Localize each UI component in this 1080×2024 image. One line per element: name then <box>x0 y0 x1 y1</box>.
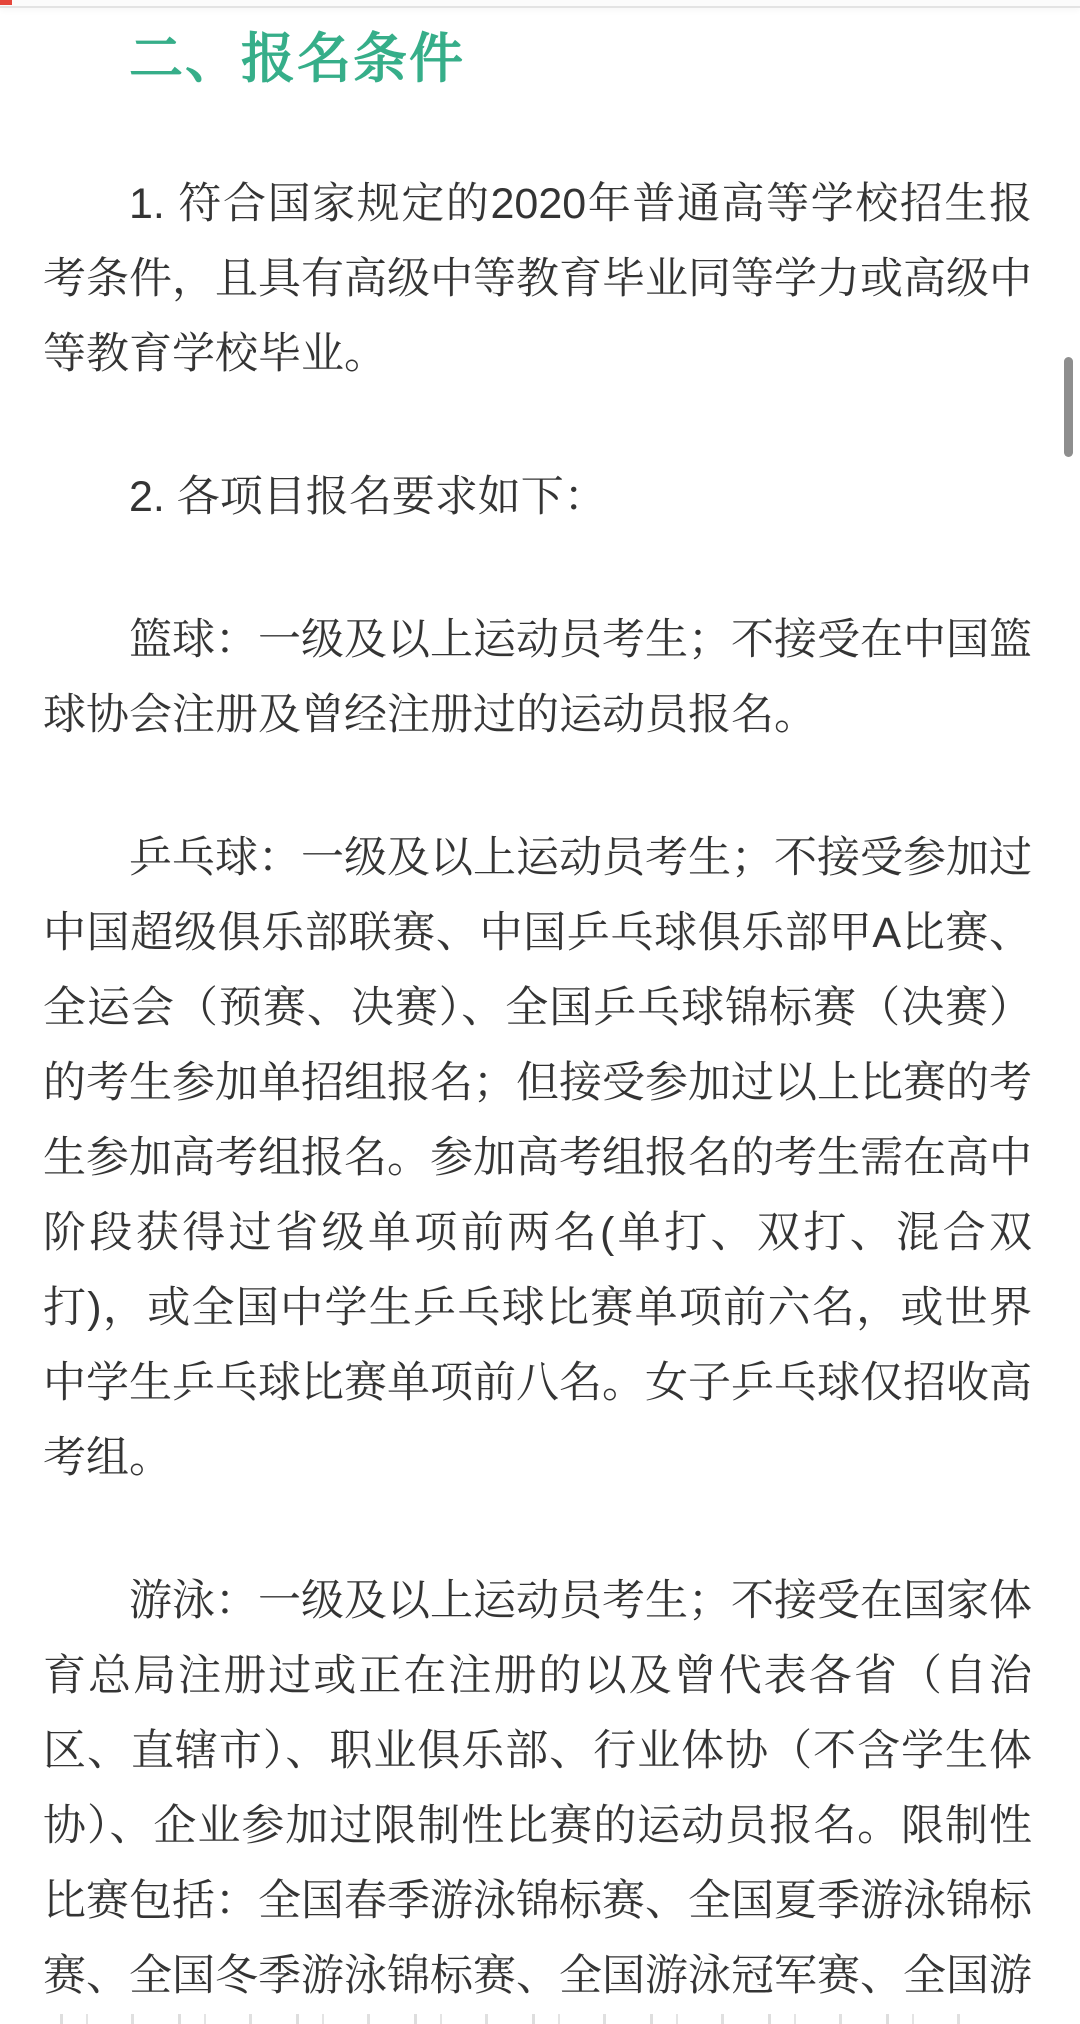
article-body: 二、报名条件 1. 符合国家规定的2020年普通高等学校招生报考条件，且具有高级… <box>0 0 1080 2024</box>
top-hairline <box>0 0 1080 8</box>
paragraph-basketball: 篮球：一级及以上运动员考生；不接受在中国篮球协会注册及曾经注册过的运动员报名。 <box>43 603 1032 753</box>
section-heading: 二、报名条件 <box>43 22 1032 97</box>
paragraph-swimming: 游泳：一级及以上运动员考生；不接受在国家体育总局注册过或正在注册的以及曾代表各省… <box>43 1564 1032 2014</box>
clipped-next-line-artifact <box>60 2014 960 2024</box>
paragraph-eligibility: 1. 符合国家规定的2020年普通高等学校招生报考条件，且具有高级中等教育毕业同… <box>43 167 1032 392</box>
paragraph-table-tennis: 乒乓球：一级及以上运动员考生；不接受参加过中国超级俱乐部联赛、中国乒乓球俱乐部甲… <box>43 821 1032 1496</box>
paragraph-requirements-intro: 2. 各项目报名要求如下： <box>43 460 1032 535</box>
red-notch-artifact <box>0 0 12 5</box>
scrollbar-thumb[interactable] <box>1064 357 1073 457</box>
